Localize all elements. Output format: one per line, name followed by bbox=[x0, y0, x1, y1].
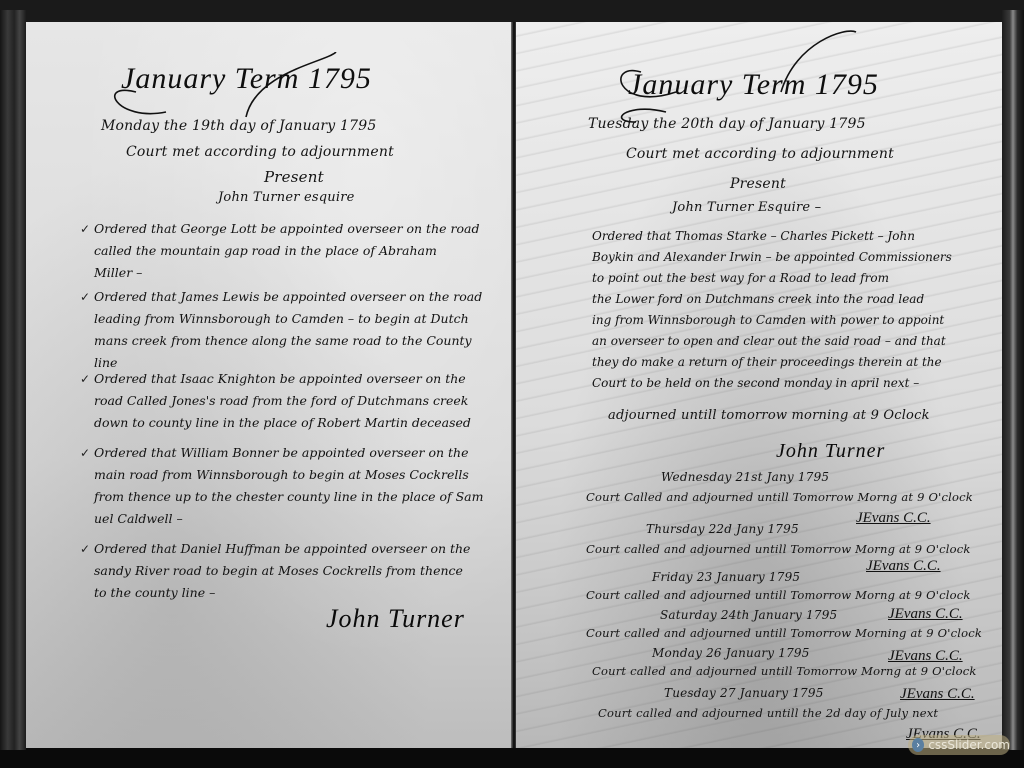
left-binding-edge bbox=[0, 10, 26, 750]
left-entry-1: ✓ Ordered that George Lott be appointed … bbox=[94, 218, 479, 284]
chevron-right-icon: › bbox=[912, 738, 924, 752]
daily-entry-day: Friday 23 January 1795 bbox=[652, 570, 800, 584]
checkmark-icon: ✓ bbox=[80, 442, 90, 464]
right-page: January Term 1795 Tuesday the 20th day o… bbox=[516, 22, 1002, 748]
left-entry-5: ✓ Ordered that Daniel Huffman be appoint… bbox=[94, 538, 470, 604]
left-entry-4: ✓ Ordered that William Bonner be appoint… bbox=[94, 442, 483, 530]
left-court-line: Court met according to adjournment bbox=[126, 144, 394, 160]
daily-entry-day: Monday 26 January 1795 bbox=[652, 646, 810, 660]
left-page-title: January Term 1795 bbox=[121, 62, 372, 96]
right-adjourn-line: adjourned untill tomorrow morning at 9 O… bbox=[608, 408, 930, 423]
daily-entry-text: Court called and adjourned untill Tomorr… bbox=[586, 542, 971, 556]
left-entry-2: ✓ Ordered that James Lewis be appointed … bbox=[94, 286, 482, 374]
watermark-link[interactable]: › cssSlider.com bbox=[908, 735, 1010, 755]
daily-entry-text: Court called and adjourned untill Tomorr… bbox=[592, 664, 977, 678]
daily-entry-text: Court called and adjourned untill the 2d… bbox=[598, 706, 938, 720]
daily-entry-text: Court called and adjourned untill Tomorr… bbox=[586, 626, 982, 640]
right-page-title: January Term 1795 bbox=[628, 68, 879, 102]
right-court-line: Court met according to adjournment bbox=[626, 146, 894, 162]
clerk-signature: JEvans C.C. bbox=[866, 558, 941, 575]
watermark-text: cssSlider.com bbox=[928, 738, 1010, 752]
clerk-signature: JEvans C.C. bbox=[888, 606, 963, 623]
checkmark-icon: ✓ bbox=[80, 368, 90, 390]
clerk-signature: JEvans C.C. bbox=[900, 686, 975, 703]
checkmark-icon: ✓ bbox=[80, 286, 90, 308]
right-commissioners-order: Ordered that Thomas Starke – Charles Pic… bbox=[592, 226, 952, 394]
right-signature: John Turner bbox=[776, 440, 885, 463]
left-entry-3: ✓ Ordered that Isaac Knighton be appoint… bbox=[94, 368, 471, 434]
right-binding-edge bbox=[1002, 10, 1024, 750]
checkmark-icon: ✓ bbox=[80, 538, 90, 560]
right-present-name: John Turner Esquire – bbox=[672, 200, 821, 215]
left-present-label: Present bbox=[264, 168, 324, 186]
clerk-signature: JEvans C.C. bbox=[888, 648, 963, 665]
daily-entry-day: Wednesday 21st Jany 1795 bbox=[661, 470, 829, 484]
right-present-label: Present bbox=[730, 176, 786, 192]
right-date-line: Tuesday the 20th day of January 1795 bbox=[588, 116, 866, 132]
left-present-name: John Turner esquire bbox=[218, 190, 355, 205]
left-page: January Term 1795 Monday the 19th day of… bbox=[26, 22, 512, 748]
left-signature: John Turner bbox=[326, 604, 465, 634]
daily-entry-text: Court called and adjourned untill Tomorr… bbox=[586, 588, 971, 602]
daily-entry-day: Thursday 22d Jany 1795 bbox=[646, 522, 799, 536]
clerk-signature: JEvans C.C. bbox=[856, 510, 931, 527]
checkmark-icon: ✓ bbox=[80, 218, 90, 240]
daily-entry-day: Saturday 24th January 1795 bbox=[660, 608, 837, 622]
daily-entry-day: Tuesday 27 January 1795 bbox=[664, 686, 824, 700]
daily-entry-text: Court Called and adjourned untill Tomorr… bbox=[586, 490, 973, 504]
left-date-line: Monday the 19th day of January 1795 bbox=[101, 118, 376, 134]
